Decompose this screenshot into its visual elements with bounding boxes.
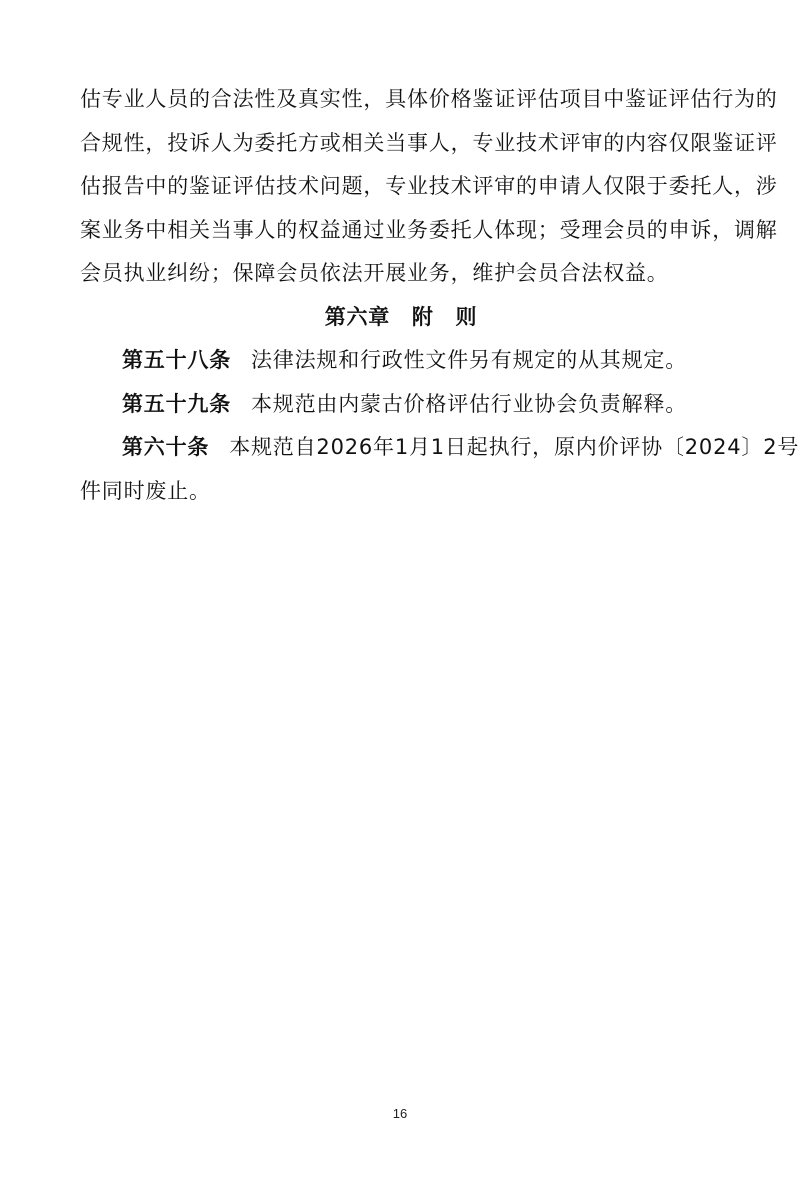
paragraph-line: 合规性，投诉人为委托方或相关当事人，专业技术评审的内容仅限鉴证评 — [80, 122, 722, 166]
article-label: 第五十九条 — [122, 392, 231, 416]
article-59: 第五十九条本规范由内蒙古价格评估行业协会负责解释。 — [80, 383, 722, 427]
article-60-continuation: 件同时废止。 — [80, 470, 722, 514]
article-text: 法律法规和行政性文件另有规定的从其规定。 — [251, 348, 687, 372]
article-label: 第五十八条 — [122, 348, 231, 372]
page-number: 16 — [0, 1106, 800, 1121]
article-text: 本规范自2026年1月1日起执行，原内价评协〔2024〕2号文 — [229, 435, 800, 459]
document-body: 估专业人员的合法性及真实性，具体价格鉴证评估项目中鉴证评估行为的 合规性，投诉人… — [80, 78, 722, 513]
article-58: 第五十八条法律法规和行政性文件另有规定的从其规定。 — [80, 339, 722, 383]
document-page: 估专业人员的合法性及真实性，具体价格鉴证评估项目中鉴证评估行为的 合规性，投诉人… — [0, 0, 800, 1190]
article-text: 本规范由内蒙古价格评估行业协会负责解释。 — [251, 392, 687, 416]
paragraph-line: 案业务中相关当事人的权益通过业务委托人体现；受理会员的申诉，调解 — [80, 209, 722, 253]
chapter-heading: 第六章 附 则 — [80, 296, 722, 340]
article-label: 第六十条 — [122, 435, 209, 459]
paragraph-line: 估报告中的鉴证评估技术问题，专业技术评审的申请人仅限于委托人，涉 — [80, 165, 722, 209]
paragraph-line: 会员执业纠纷；保障会员依法开展业务，维护会员合法权益。 — [80, 252, 722, 296]
article-60: 第六十条本规范自2026年1月1日起执行，原内价评协〔2024〕2号文 — [80, 426, 722, 470]
paragraph-line: 估专业人员的合法性及真实性，具体价格鉴证评估项目中鉴证评估行为的 — [80, 78, 722, 122]
